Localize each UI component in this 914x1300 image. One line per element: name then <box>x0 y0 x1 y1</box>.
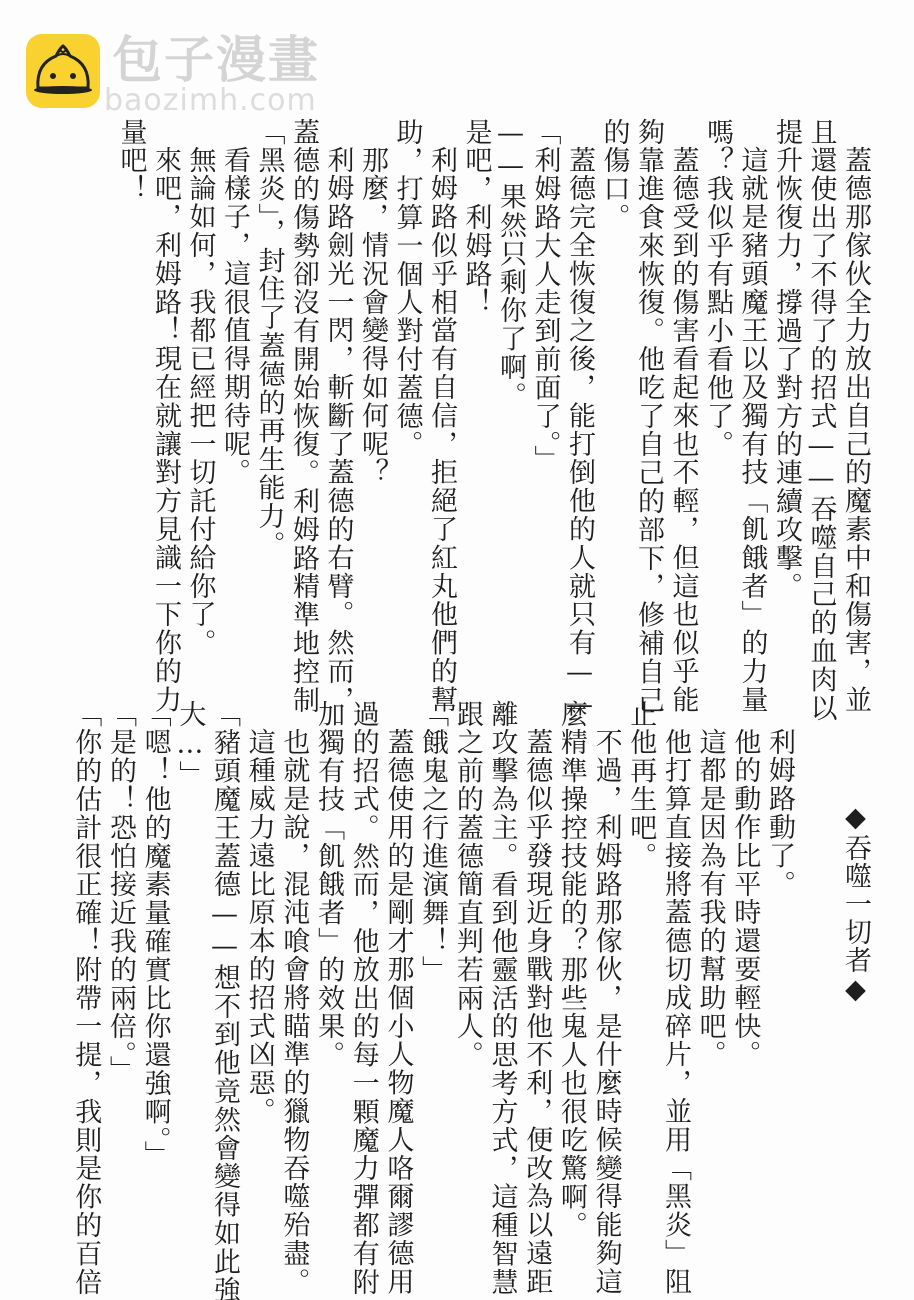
section-title: ◆吞噬一切者◆ <box>796 700 872 1220</box>
text-column: 夠靠進食來恢復。他吃了自己的部下，修補自己 <box>631 118 666 658</box>
text-column: 「是的！恐怕接近我的兩倍。」 <box>102 700 137 1220</box>
text-column: 「餓鬼之行進演舞！」 <box>414 700 449 1220</box>
watermark-url: baozimh.com <box>104 84 317 118</box>
text-column: 也就是說，混沌喰會將瞄準的獵物吞噬殆盡。 <box>276 700 311 1220</box>
text-column: 那麼，情況會變得如何呢？ <box>355 118 390 658</box>
text-column: 蓋德的傷勢卻沒有開始恢復。利姆路精準地控制 <box>286 118 321 658</box>
text-column: 蓋德似乎發現近身戰對他不利，便改為以遠距 <box>519 700 554 1220</box>
watermark-site-name: 包子漫畫 <box>112 30 320 90</box>
text-column: 「你的估計很正確！附帶一提，我則是你的百倍 <box>68 700 103 1220</box>
text-column: 「黑炎」，封住了蓋德的再生能力。 <box>251 118 286 658</box>
text-column: 離攻擊為主。看到他靈活的思考方式，這種智慧 <box>484 700 519 1220</box>
text-column: 大…」 <box>172 700 207 1220</box>
text-column: 「豬頭魔王蓋德——想不到他竟然會變得如此強 <box>206 700 241 1220</box>
text-column: 蓋德完全恢復之後，能打倒他的人就只有—— <box>562 118 597 658</box>
text-column: 過的招式。然而，他放出的每一顆魔力彈都有附 <box>345 700 380 1220</box>
text-column: 利姆路似乎相當有自信，拒絕了紅丸他們的幫 <box>424 118 459 658</box>
text-column: 他的動作比平時還要輕快。 <box>727 700 762 1220</box>
text-column: 加獨有技「飢餓者」的效果。 <box>310 700 345 1220</box>
text-column: 且還使出了不得了的招式——吞噬自己的血肉以 <box>803 118 838 658</box>
text-column: 嗎？我似乎有點小看他了。 <box>700 118 735 658</box>
text-column: 麼精準操控技能的？那些鬼人也很吃驚啊。 <box>553 700 588 1220</box>
baozi-logo-icon <box>26 34 100 108</box>
text-column: 這種威力遠比原本的招式凶惡。 <box>241 700 276 1220</box>
text-column: 是吧，利姆路！ <box>458 118 493 658</box>
text-column: 這都是因為有我的幫助吧。 <box>692 700 727 1220</box>
text-column: 止他再生吧。 <box>623 700 658 1220</box>
text-column: 蓋德使用的是剛才那個小人物魔人咯爾謬德用 <box>380 700 415 1220</box>
text-column: 量吧！ <box>113 118 148 658</box>
text-column: 蓋德那傢伙全力放出自己的魔素中和傷害，並 <box>838 118 873 658</box>
text-column: 「利姆路大人走到前面了。」 <box>527 118 562 658</box>
text-column: 看樣子，這很值得期待呢。 <box>217 118 252 658</box>
text-column: 提升恢復力，撐過了對方的連續攻擊。 <box>769 118 804 658</box>
text-column: 他打算直接將蓋德切成碎片，並用「黑炎」阻 <box>657 700 692 1220</box>
text-column: 來吧，利姆路！現在就讓對方見識一下你的力 <box>148 118 183 658</box>
text-block-top: 蓋德那傢伙全力放出自己的魔素中和傷害，並 且還使出了不得了的招式——吞噬自己的血… <box>92 118 872 658</box>
text-column: 的傷口。 <box>596 118 631 658</box>
text-column: ——果然只剩你了啊。 <box>493 118 528 658</box>
text-column: 跟之前的蓋德簡直判若兩人。 <box>449 700 484 1220</box>
text-column: 利姆路劍光一閃，斬斷了蓋德的右臂。然而， <box>320 118 355 658</box>
text-column: 無論如何，我都已經把一切託付給你了。 <box>182 118 217 658</box>
text-column: 蓋德受到的傷害看起來也不輕，但這也似乎能 <box>665 118 700 658</box>
text-column: 利姆路動了。 <box>761 700 796 1220</box>
text-block-bottom: ◆吞噬一切者◆ 利姆路動了。 他的動作比平時還要輕快。 這都是因為有我的幫助吧。… <box>52 700 872 1220</box>
text-column: 這就是豬頭魔王以及獨有技「飢餓者」的力量 <box>734 118 769 658</box>
text-column: 不過，利姆路那傢伙，是什麼時候變得能夠這 <box>588 700 623 1220</box>
text-column: 「嗯！他的魔素量確實比你還強啊。」 <box>137 700 172 1220</box>
text-column: 助，打算一個人對付蓋德。 <box>389 118 424 658</box>
